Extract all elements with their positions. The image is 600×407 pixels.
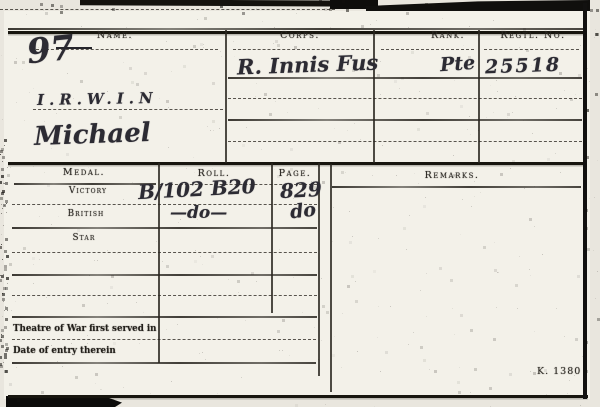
grid-line bbox=[228, 119, 582, 121]
british-roll-value: —do— bbox=[170, 203, 227, 223]
grid-line bbox=[583, 3, 587, 399]
medal-column-header: Medal. bbox=[30, 167, 138, 178]
date-of-entry-label: Date of entry therein bbox=[13, 345, 116, 356]
grid-line bbox=[12, 339, 316, 340]
corps-value: R. Innis Fus bbox=[237, 50, 379, 80]
corner-mark: 97 bbox=[25, 28, 76, 73]
medal-index-card-scan: Name. Corps. Rank. Regtl. No. Medal. Rol… bbox=[0, 0, 600, 407]
surname-value: I.R.W.I.N bbox=[37, 89, 158, 109]
grid-line bbox=[484, 49, 579, 50]
remarks-value bbox=[336, 192, 576, 382]
grid-line bbox=[228, 141, 582, 142]
medal-row-british-label: British bbox=[33, 209, 139, 219]
grid-line bbox=[271, 163, 273, 313]
british-page-value: do bbox=[289, 199, 317, 224]
scan-artifact-top-right-band bbox=[366, 0, 590, 11]
medal-row-star-label: Star bbox=[33, 233, 135, 243]
grid-line bbox=[12, 316, 317, 318]
name-column-header: Name. bbox=[60, 30, 170, 41]
theatre-of-war-value bbox=[165, 320, 310, 338]
grid-line bbox=[8, 162, 585, 165]
rank-value: Pte bbox=[439, 52, 476, 76]
regtl-no-column-header: Regtl. No. bbox=[478, 30, 588, 41]
remarks-column-header: Remarks. bbox=[392, 170, 512, 181]
grid-line bbox=[332, 186, 581, 188]
theatre-of-war-label: Theatre of War first served in bbox=[13, 323, 156, 334]
regtl-no-value: 25518 bbox=[485, 54, 562, 79]
grid-line bbox=[228, 98, 582, 99]
medal-row-victory-label: Victory bbox=[33, 186, 143, 196]
grid-line bbox=[0, 9, 335, 10]
grid-line bbox=[225, 30, 227, 163]
corner-mark-dash bbox=[56, 47, 92, 49]
grid-line bbox=[330, 164, 332, 392]
grid-line bbox=[381, 49, 474, 50]
corps-column-header: Corps. bbox=[245, 30, 355, 41]
date-of-entry-value bbox=[165, 343, 310, 361]
grid-line bbox=[14, 183, 156, 185]
grid-line bbox=[8, 395, 588, 398]
grid-line bbox=[478, 30, 480, 163]
grid-line bbox=[33, 109, 223, 110]
grid-line bbox=[12, 362, 316, 364]
forename-value: Michael bbox=[34, 118, 152, 152]
